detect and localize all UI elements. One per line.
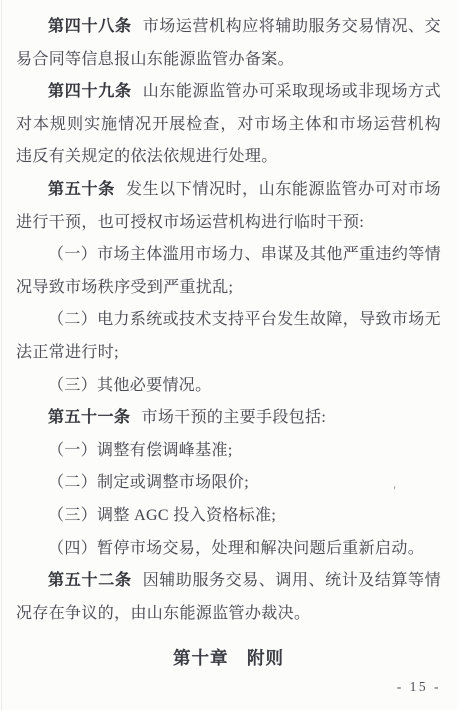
article-number: 第五十一条	[48, 409, 131, 426]
paragraph-text: （三）调整 AGC 投入资格标准;	[48, 507, 276, 524]
paragraph: 第五十二条因辅助服务交易、调用、统计及结算等情况存在争议的，由山东能源监管办裁决…	[16, 565, 441, 630]
paragraph-text: （四）暂停市场交易，处理和解决问题后重新启动。	[48, 540, 424, 557]
paragraph: （三）其他必要情况。	[16, 370, 441, 403]
paragraph-text: （三）其他必要情况。	[48, 377, 212, 394]
article-number: 第五十条	[48, 181, 115, 198]
article-number: 第四十八条	[48, 18, 132, 35]
paragraph: 第四十九条山东能源监管办可采取现场或非现场方式对本规则实施情况开展检查，对市场主…	[16, 76, 441, 174]
paragraph: 第五十一条市场干预的主要手段包括:	[16, 402, 441, 435]
paragraph: （三）调整 AGC 投入资格标准;	[16, 500, 441, 533]
paragraph: 第四十八条市场运营机构应将辅助服务交易情况、交易合同等信息报山东能源监管办备案。	[16, 11, 441, 76]
paragraph-text: （一）市场主体滥用市场力、串谋及其他严重违约等情况导致市场秩序受到严重扰乱;	[16, 246, 441, 296]
paragraph-text: 市场干预的主要手段包括:	[142, 409, 327, 426]
paragraph: 第五十条发生以下情况时，山东能源监管办可对市场进行干预，也可授权市场运营机构进行…	[16, 174, 441, 239]
paragraph: （四）暂停市场交易，处理和解决问题后重新启动。	[16, 533, 441, 566]
paragraph-list: 第四十八条市场运营机构应将辅助服务交易情况、交易合同等信息报山东能源监管办备案。…	[16, 11, 441, 630]
article-number: 第五十二条	[48, 572, 132, 589]
page-body: 第四十八条市场运营机构应将辅助服务交易情况、交易合同等信息报山东能源监管办备案。…	[16, 11, 441, 673]
paragraph: （一）调整有偿调峰基准;	[16, 435, 441, 468]
document-page: 第四十八条市场运营机构应将辅助服务交易情况、交易合同等信息报山东能源监管办备案。…	[0, 0, 458, 710]
paragraph: （二）制定或调整市场限价;	[16, 467, 441, 500]
paragraph-text: （一）调整有偿调峰基准;	[48, 442, 233, 459]
page-number: - 15 -	[397, 679, 441, 695]
paragraph: （二）电力系统或技术支持平台发生故障，导致市场无法正常进行时;	[16, 304, 441, 369]
paragraph-text: （二）制定或调整市场限价;	[48, 474, 249, 491]
paragraph: （一）市场主体滥用市场力、串谋及其他严重违约等情况导致市场秩序受到严重扰乱;	[16, 239, 441, 304]
paragraph-text: （二）电力系统或技术支持平台发生故障，导致市场无法正常进行时;	[16, 311, 441, 361]
chapter-heading: 第十章 附则	[16, 643, 441, 673]
article-number: 第四十九条	[48, 83, 132, 100]
